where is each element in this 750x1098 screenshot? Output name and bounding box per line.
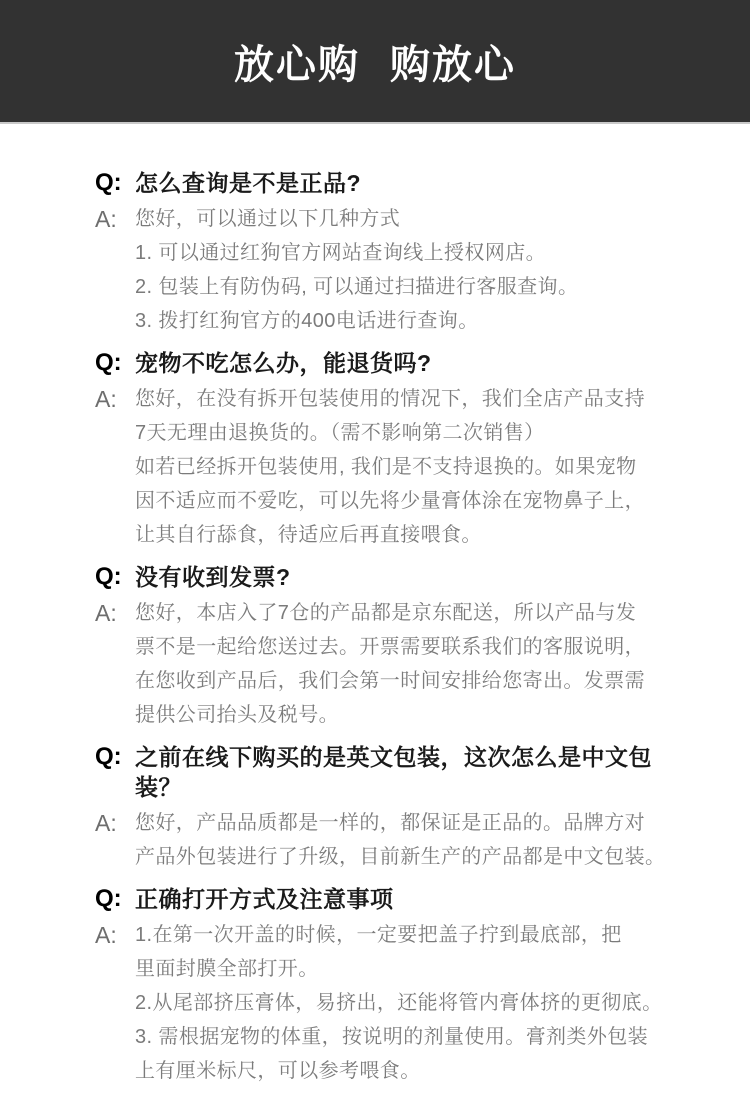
answer-row: A: 您好，产品品质都是一样的，都保证是正品的。品牌方对 产品外包装进行了升级，… [95,806,695,874]
faq-item-returns: Q: 宠物不吃怎么办，能退货吗? A: 您好，在没有拆开包装使用的情况下，我们全… [95,348,695,552]
answer-label: A: [95,382,135,416]
answer-row: A: 1.在第一次开盖的时候，一定要把盖子拧到最底部，把 里面封膜全部打开。 2… [95,918,695,1088]
answer-text: 您好，本店入了7仓的产品都是京东配送，所以产品与发 票不是一起给您送过去。开票需… [135,596,695,732]
answer-line: 上有厘米标尺，可以参考喂食。 [135,1054,695,1088]
answer-line: 2.从尾部挤压膏体，易挤出，还能将管内膏体挤的更彻底。 [135,986,695,1020]
faq-item-packaging: Q: 之前在线下购买的是英文包装，这次怎么是中文包装？ A: 您好，产品品质都是… [95,742,695,874]
answer-line: 因不适应而不爱吃，可以先将少量膏体涂在宠物鼻子上， [135,484,695,518]
question-label: Q: [95,562,135,592]
answer-label: A: [95,918,135,952]
answer-line: 1.在第一次开盖的时候，一定要把盖子拧到最底部，把 [135,918,695,952]
answer-text: 您好，产品品质都是一样的，都保证是正品的。品牌方对 产品外包装进行了升级，目前新… [135,806,695,874]
answer-line: 产品外包装进行了升级，目前新生产的产品都是中文包装。 [135,840,695,874]
answer-line: 您好，产品品质都是一样的，都保证是正品的。品牌方对 [135,806,695,840]
page-title: 放心购 购放心 [234,33,516,90]
question-text: 之前在线下购买的是英文包装，这次怎么是中文包装？ [135,742,695,802]
faq-item-authenticity: Q: 怎么查询是不是正品? A: 您好，可以通过以下几种方式 1. 可以通过红狗… [95,168,695,338]
answer-text: 1.在第一次开盖的时候，一定要把盖子拧到最底部，把 里面封膜全部打开。 2.从尾… [135,918,695,1088]
question-label: Q: [95,168,135,198]
answer-label: A: [95,596,135,630]
answer-line: 您好，可以通过以下几种方式 [135,202,695,236]
answer-row: A: 您好，在没有拆开包装使用的情况下，我们全店产品支持 7天无理由退换货的。（… [95,382,695,552]
answer-text: 您好，可以通过以下几种方式 1. 可以通过红狗官方网站查询线上授权网店。 2. … [135,202,695,338]
header-banner: 放心购 购放心 [0,0,750,124]
answer-line: 3. 需根据宠物的体重，按说明的剂量使用。膏剂类外包装 [135,1020,695,1054]
question-row: Q: 之前在线下购买的是英文包装，这次怎么是中文包装？ [95,742,695,802]
answer-label: A: [95,202,135,236]
answer-line: 如若已经拆开包装使用, 我们是不支持退换的。如果宠物 [135,450,695,484]
answer-row: A: 您好，本店入了7仓的产品都是京东配送，所以产品与发 票不是一起给您送过去。… [95,596,695,732]
question-text: 正确打开方式及注意事项 [135,884,394,914]
question-text: 宠物不吃怎么办，能退货吗? [135,348,432,378]
answer-label: A: [95,806,135,840]
page-title-part1: 放心购 [234,33,360,90]
answer-line: 您好，本店入了7仓的产品都是京东配送，所以产品与发 [135,596,695,630]
question-row: Q: 怎么查询是不是正品? [95,168,695,198]
answer-line: 在您收到产品后，我们会第一时间安排给您寄出。发票需 [135,664,695,698]
answer-line: 里面封膜全部打开。 [135,952,695,986]
page-title-part2: 购放心 [390,33,516,90]
answer-line: 提供公司抬头及税号。 [135,698,695,732]
answer-line: 7天无理由退换货的。（需不影响第二次销售） [135,416,695,450]
answer-row: A: 您好，可以通过以下几种方式 1. 可以通过红狗官方网站查询线上授权网店。 … [95,202,695,338]
faq-item-usage: Q: 正确打开方式及注意事项 A: 1.在第一次开盖的时候，一定要把盖子拧到最底… [95,884,695,1088]
answer-line: 票不是一起给您送过去。开票需要联系我们的客服说明， [135,630,695,664]
answer-line: 2. 包装上有防伪码, 可以通过扫描进行客服查询。 [135,270,695,304]
faq-page: 放心购 购放心 Q: 怎么查询是不是正品? A: 您好，可以通过以下几种方式 1… [0,0,750,1098]
question-text: 怎么查询是不是正品? [135,168,361,198]
answer-line: 您好，在没有拆开包装使用的情况下，我们全店产品支持 [135,382,695,416]
faq-item-invoice: Q: 没有收到发票? A: 您好，本店入了7仓的产品都是京东配送，所以产品与发 … [95,562,695,732]
answer-text: 您好，在没有拆开包装使用的情况下，我们全店产品支持 7天无理由退换货的。（需不影… [135,382,695,552]
question-row: Q: 宠物不吃怎么办，能退货吗? [95,348,695,378]
question-row: Q: 正确打开方式及注意事项 [95,884,695,914]
question-text: 没有收到发票? [135,562,291,592]
question-label: Q: [95,884,135,914]
answer-line: 3. 拨打红狗官方的400电话进行查询。 [135,304,695,338]
faq-list: Q: 怎么查询是不是正品? A: 您好，可以通过以下几种方式 1. 可以通过红狗… [0,124,750,1088]
question-label: Q: [95,348,135,378]
answer-line: 让其自行舔食，待适应后再直接喂食。 [135,518,695,552]
answer-line: 1. 可以通过红狗官方网站查询线上授权网店。 [135,236,695,270]
question-row: Q: 没有收到发票? [95,562,695,592]
question-label: Q: [95,742,135,772]
